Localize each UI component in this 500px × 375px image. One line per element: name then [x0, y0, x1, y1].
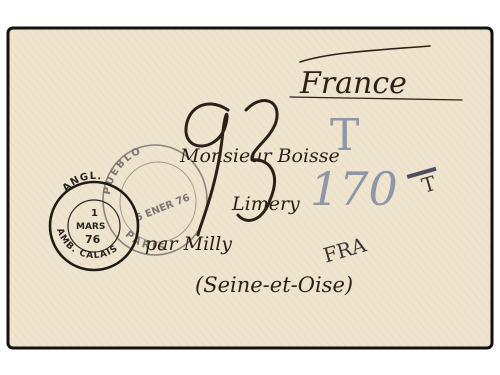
envelope-body [8, 28, 492, 348]
postal-cover: France PUEBLO PARIS 5 ENER 76 ANGL. AMB.… [0, 0, 500, 375]
cds-month: MARS [76, 222, 105, 232]
address-line3: par Milly [145, 233, 232, 255]
address-line2: Limery [231, 193, 300, 215]
cds-day: 1 [91, 208, 98, 219]
destination-text: France [299, 66, 407, 101]
cds-year: 76 [85, 233, 101, 246]
address-line1: Monsieur Boisse [179, 145, 340, 167]
address-line4: (Seine-et-Oise) [195, 273, 353, 297]
tax-amount: 170 [310, 162, 398, 216]
